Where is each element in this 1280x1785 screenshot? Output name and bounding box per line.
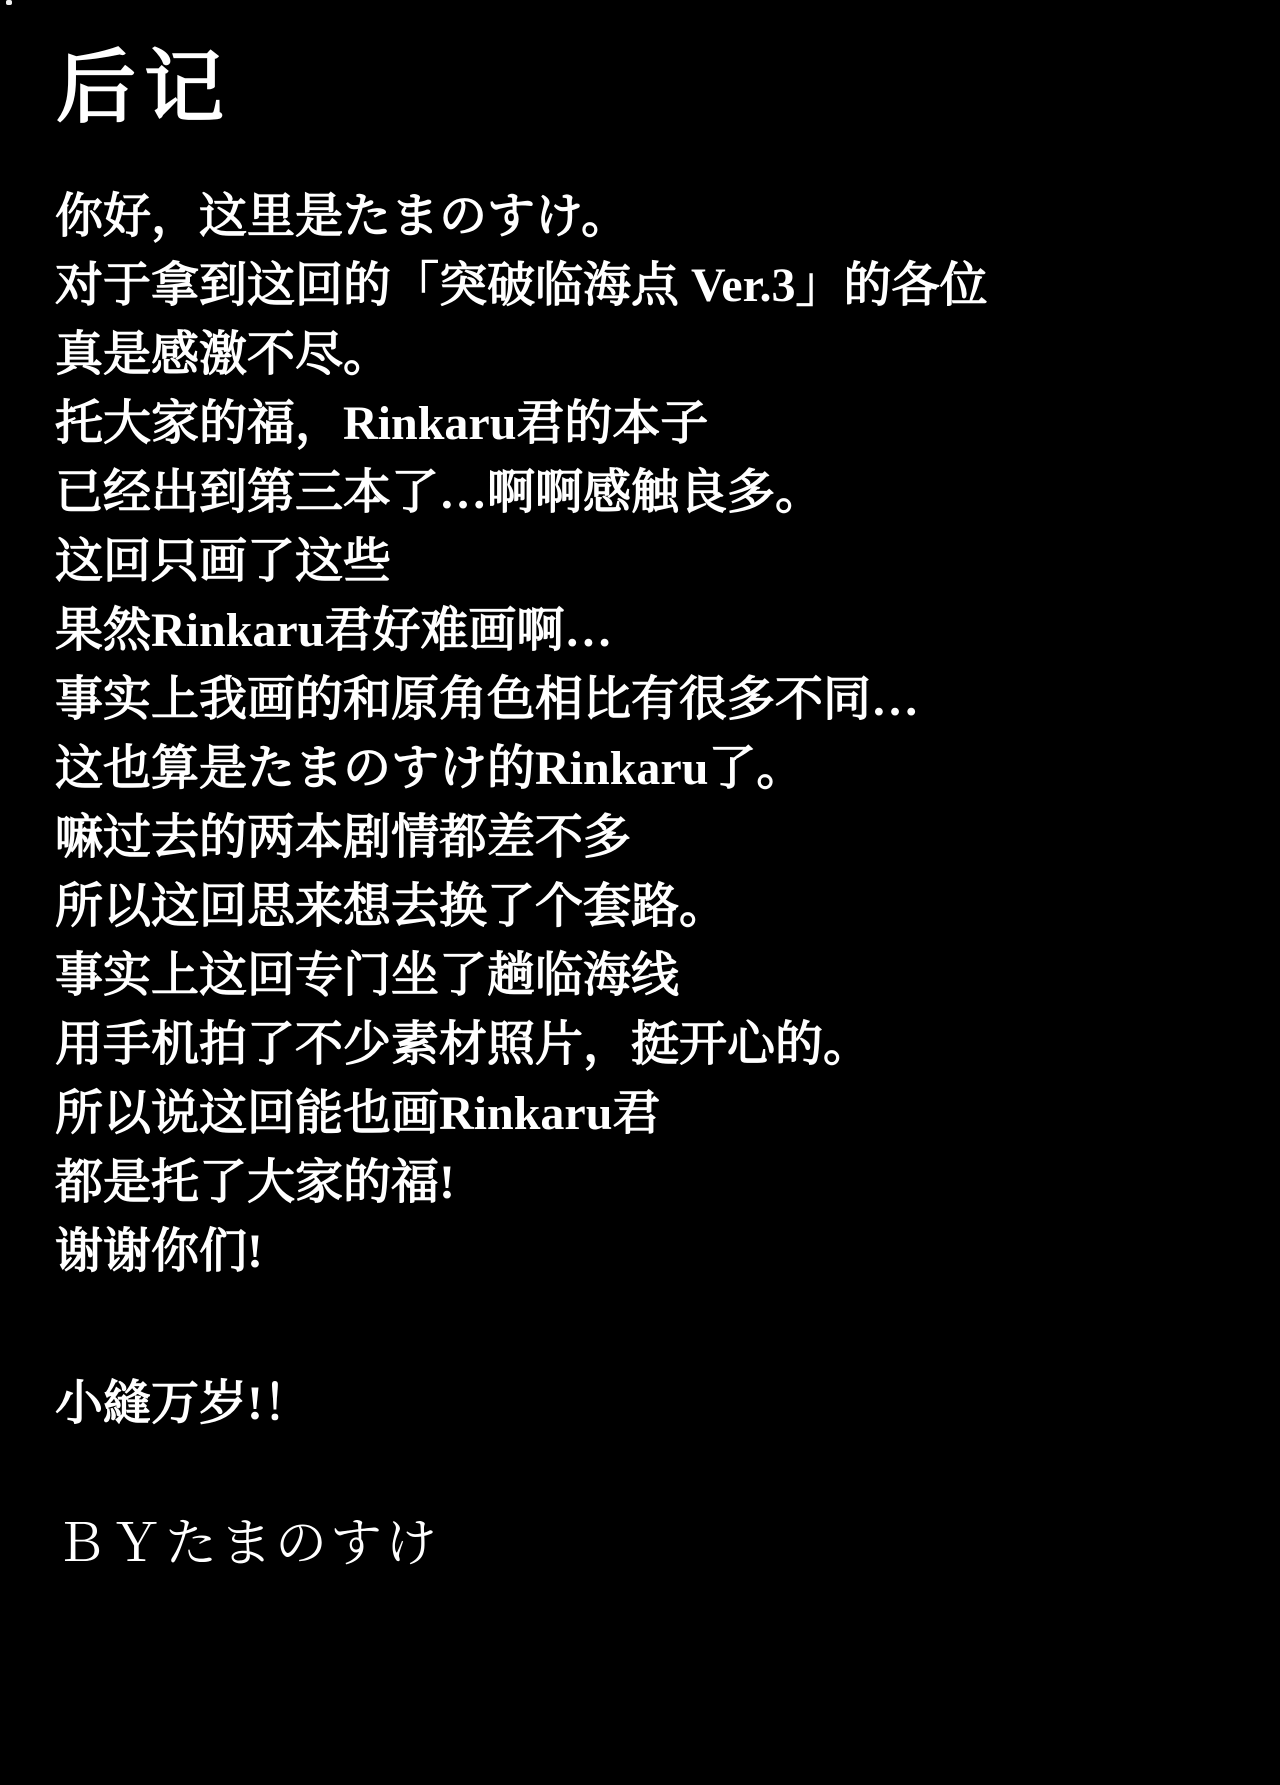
afterword-page: 后记 你好，这里是たまのすけ。 对于拿到这回的「突破临海点 Ver.3」的各位 … <box>0 0 1280 1785</box>
page-title: 后记 <box>56 38 232 138</box>
body-line: 真是感激不尽。 <box>55 320 1235 389</box>
afterword-body: 你好，这里是たまのすけ。 对于拿到这回的「突破临海点 Ver.3」的各位 真是感… <box>55 182 1235 1579</box>
body-line: 这也算是たまのすけ的Rinkaru了。 <box>55 734 1235 803</box>
body-line: 这回只画了这些 <box>55 527 1235 596</box>
banzai-line: 小縫万岁!！ <box>55 1369 1235 1438</box>
body-line: 谢谢你们! <box>55 1217 1235 1286</box>
body-line: 对于拿到这回的「突破临海点 Ver.3」的各位 <box>55 251 1235 320</box>
body-line: 都是托了大家的福! <box>55 1148 1235 1217</box>
body-line: 事实上这回专门坐了趟临海线 <box>55 941 1235 1010</box>
body-line: 事实上我画的和原角色相比有很多不同… <box>55 665 1235 734</box>
body-line: 托大家的福，Rinkaru君的本子 <box>55 389 1235 458</box>
scan-artifact-dot <box>6 0 12 5</box>
body-line: 已经出到第三本了…啊啊感触良多。 <box>55 458 1235 527</box>
body-line: 果然Rinkaru君好难画啊… <box>55 596 1235 665</box>
body-line: 你好，这里是たまのすけ。 <box>55 182 1235 251</box>
author-signature: ＢＹたまのすけ <box>55 1510 1235 1579</box>
body-line: 所以这回思来想去换了个套路。 <box>55 872 1235 941</box>
body-line: 嘛过去的两本剧情都差不多 <box>55 803 1235 872</box>
blank-line <box>55 1286 1235 1355</box>
body-line: 所以说这回能也画Rinkaru君 <box>55 1079 1235 1148</box>
body-line: 用手机拍了不少素材照片，挺开心的。 <box>55 1010 1235 1079</box>
